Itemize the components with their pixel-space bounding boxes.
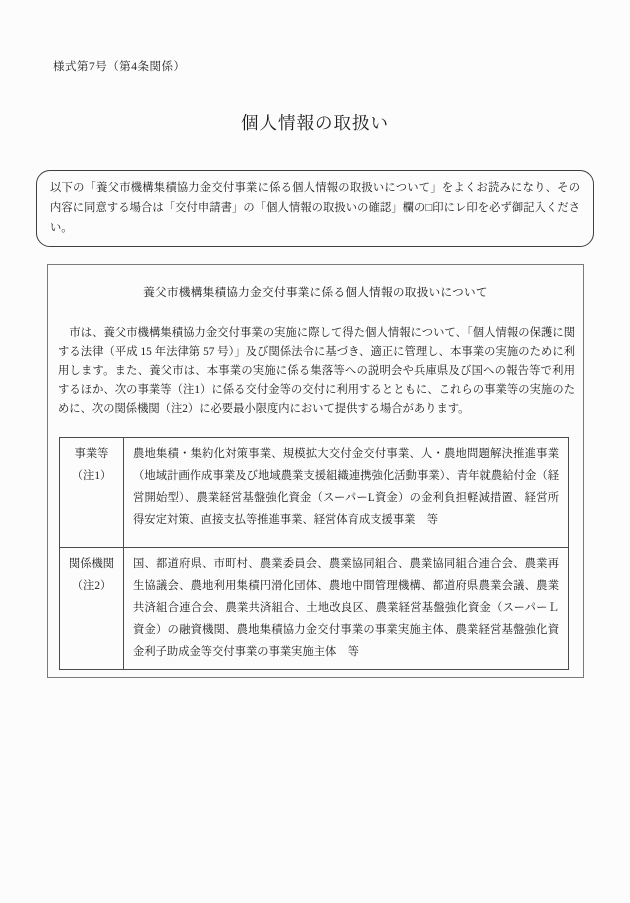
- notice-box: 以下の「養父市機構集積協力金交付事業に係る個人情報の取扱いについて」をよくお読み…: [36, 170, 594, 247]
- page-title: 個人情報の取扱い: [0, 110, 630, 135]
- row-header-note: （注1）: [62, 465, 121, 487]
- row-header-note: （注2）: [62, 575, 121, 597]
- row-content-projects: 農地集積・集約化対策事業、規模拡大交付金交付事業、人・農地問題解決推進事業（地域…: [124, 438, 569, 548]
- row-header-projects: 事業等 （注1）: [60, 438, 124, 548]
- table-row-projects: 事業等 （注1） 農地集積・集約化対策事業、規模拡大交付金交付事業、人・農地問題…: [60, 438, 569, 548]
- row-content-organizations: 国、都道府県、市町村、農業委員会、農業協同組合、農業協同組合連合会、農業再生協議…: [124, 548, 569, 670]
- document-page: 様式第7号（第4条関係） 個人情報の取扱い 以下の「養父市機構集積協力金交付事業…: [0, 0, 630, 903]
- personal-info-handling-box: 養父市機構集積協力金交付事業に係る個人情報の取扱いについて 市は、養父市機構集積…: [47, 264, 584, 678]
- table-row-organizations: 関係機関 （注2） 国、都道府県、市町村、農業委員会、農業協同組合、農業協同組合…: [60, 548, 569, 670]
- row-header-label: 事業等: [62, 443, 121, 465]
- row-header-organizations: 関係機関 （注2）: [60, 548, 124, 670]
- related-items-table: 事業等 （注1） 農地集積・集約化対策事業、規模拡大交付金交付事業、人・農地問題…: [59, 437, 569, 670]
- body-paragraph: 市は、養父市機構集積協力金交付事業の実施に際して得た個人情報について、「個人情報…: [58, 324, 575, 419]
- section-title: 養父市機構集積協力金交付事業に係る個人情報の取扱いについて: [48, 284, 583, 300]
- form-number-label: 様式第7号（第4条関係）: [53, 58, 186, 74]
- row-header-label: 関係機関: [62, 553, 121, 575]
- notice-text: 以下の「養父市機構集積協力金交付事業に係る個人情報の取扱いについて」をよくお読み…: [50, 178, 580, 238]
